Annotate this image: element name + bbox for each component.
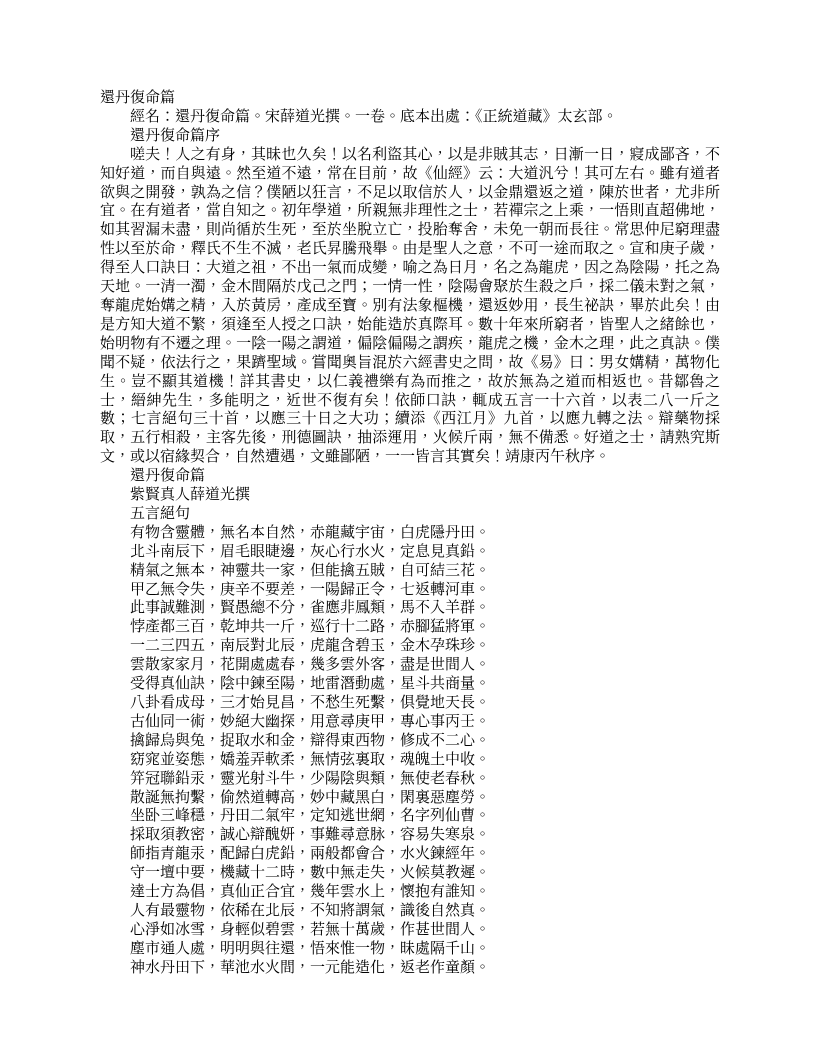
author-line: 紫賢真人薛道光撰 (100, 486, 720, 505)
poem-line: 古仙同一術，妙絕大幽探，用意尋庚甲，專心事丙壬。 (100, 713, 720, 732)
poem-line: 一二三四五，南辰對北辰，虎龍含碧玉，金木孕珠珍。 (100, 637, 720, 656)
poem-line: 窈窕並姿態，嬌羞弄軟柔，無情弦裏取，魂魄土中收。 (100, 751, 720, 770)
poem-line: 甲乙無令失，庚辛不要差，一陽歸正令，七返轉河車。 (100, 581, 720, 600)
preface-title: 還丹復命篇序 (100, 127, 720, 146)
poem-line: 精氣之無本，神靈共一家，但能擒五賊，自可結三花。 (100, 562, 720, 581)
poem-line: 心淨如冰雪，身輕似碧雲，若無十萬歲，作甚世間人。 (100, 921, 720, 940)
poem-line: 散誕無拘繫，偷然道轉高，妙中藏黑白，閑裏惡塵勞。 (100, 789, 720, 808)
poem-line: 八卦看成母，三才始見昌，不愁生死繫，俱覺地天長。 (100, 694, 720, 713)
poem-subtitle: 五言絕句 (100, 505, 720, 524)
poem-line: 受得真仙訣，陰中鍊至陽，地雷潛動處，星斗共商量。 (100, 675, 720, 694)
document-title: 還丹復命篇 (100, 89, 720, 108)
poem-line: 北斗南辰下，眉毛眼睫邊，灰心行水火，定息見真鉛。 (100, 543, 720, 562)
poem-line: 雲散家家月，花開處處春，幾多雲外客，盡是世間人。 (100, 656, 720, 675)
document-page: 還丹復命篇 經名：還丹復命篇。宋薛道光撰。一卷。底本出處：《正統道藏》太玄部。 … (0, 0, 816, 1056)
poem-line: 守一壇中要，機藏十二時，數中無走失，火候莫教遲。 (100, 864, 720, 883)
poem-line: 人有最靈物，依稀在北辰，不知將謂氣，識後自然真。 (100, 902, 720, 921)
poem-line: 師指青龍汞，配歸白虎鉛，兩般都會合，水火鍊經年。 (100, 845, 720, 864)
poem-line: 擒歸烏與兔，捉取水和金，辯得東西物，修成不二心。 (100, 732, 720, 751)
poem-line: 此事誠難測，賢愚總不分，雀應非鳳類，馬不入羊群。 (100, 599, 720, 618)
poem-line: 有物含靈體，無名本自然，赤龍藏宇宙，白虎隱丹田。 (100, 524, 720, 543)
colophon-line: 經名：還丹復命篇。宋薛道光撰。一卷。底本出處：《正統道藏》太玄部。 (100, 108, 720, 127)
poem-stanzas: 有物含靈體，無名本自然，赤龍藏宇宙，白虎隱丹田。 北斗南辰下，眉毛眼睫邊，灰心行… (100, 524, 720, 978)
poem-line: 神水丹田下，華池水火間，一元能造化，返老作童顏。 (100, 959, 720, 978)
poem-line: 悖產都三百，乾坤共一斤，巡行十二路，赤腳猛將軍。 (100, 618, 720, 637)
poem-line: 塵市通人處，明明與往還，悟來惟一物，昧處隔千山。 (100, 940, 720, 959)
poem-line: 採取須教密，誠心辯醜妍，事難尋意脉，容易失寒泉。 (100, 826, 720, 845)
section-title: 還丹復命篇 (100, 467, 720, 486)
poem-line: 達士方為倡，真仙正合宜，幾年雲水上，懷抱有誰知。 (100, 883, 720, 902)
preface-paragraph: 嗟夫！人之有身，其昧也久矣！以名利盜其心，以是非賊其志，日漸一日，寢成鄙吝，不知… (100, 146, 720, 467)
poem-line: 笄冠聯鉛汞，靈光射斗牛，少陽陰與類，無使老春秋。 (100, 770, 720, 789)
poem-line: 坐卧三峰穩，丹田二氣牢，定知逃世網，名字列仙曹。 (100, 807, 720, 826)
